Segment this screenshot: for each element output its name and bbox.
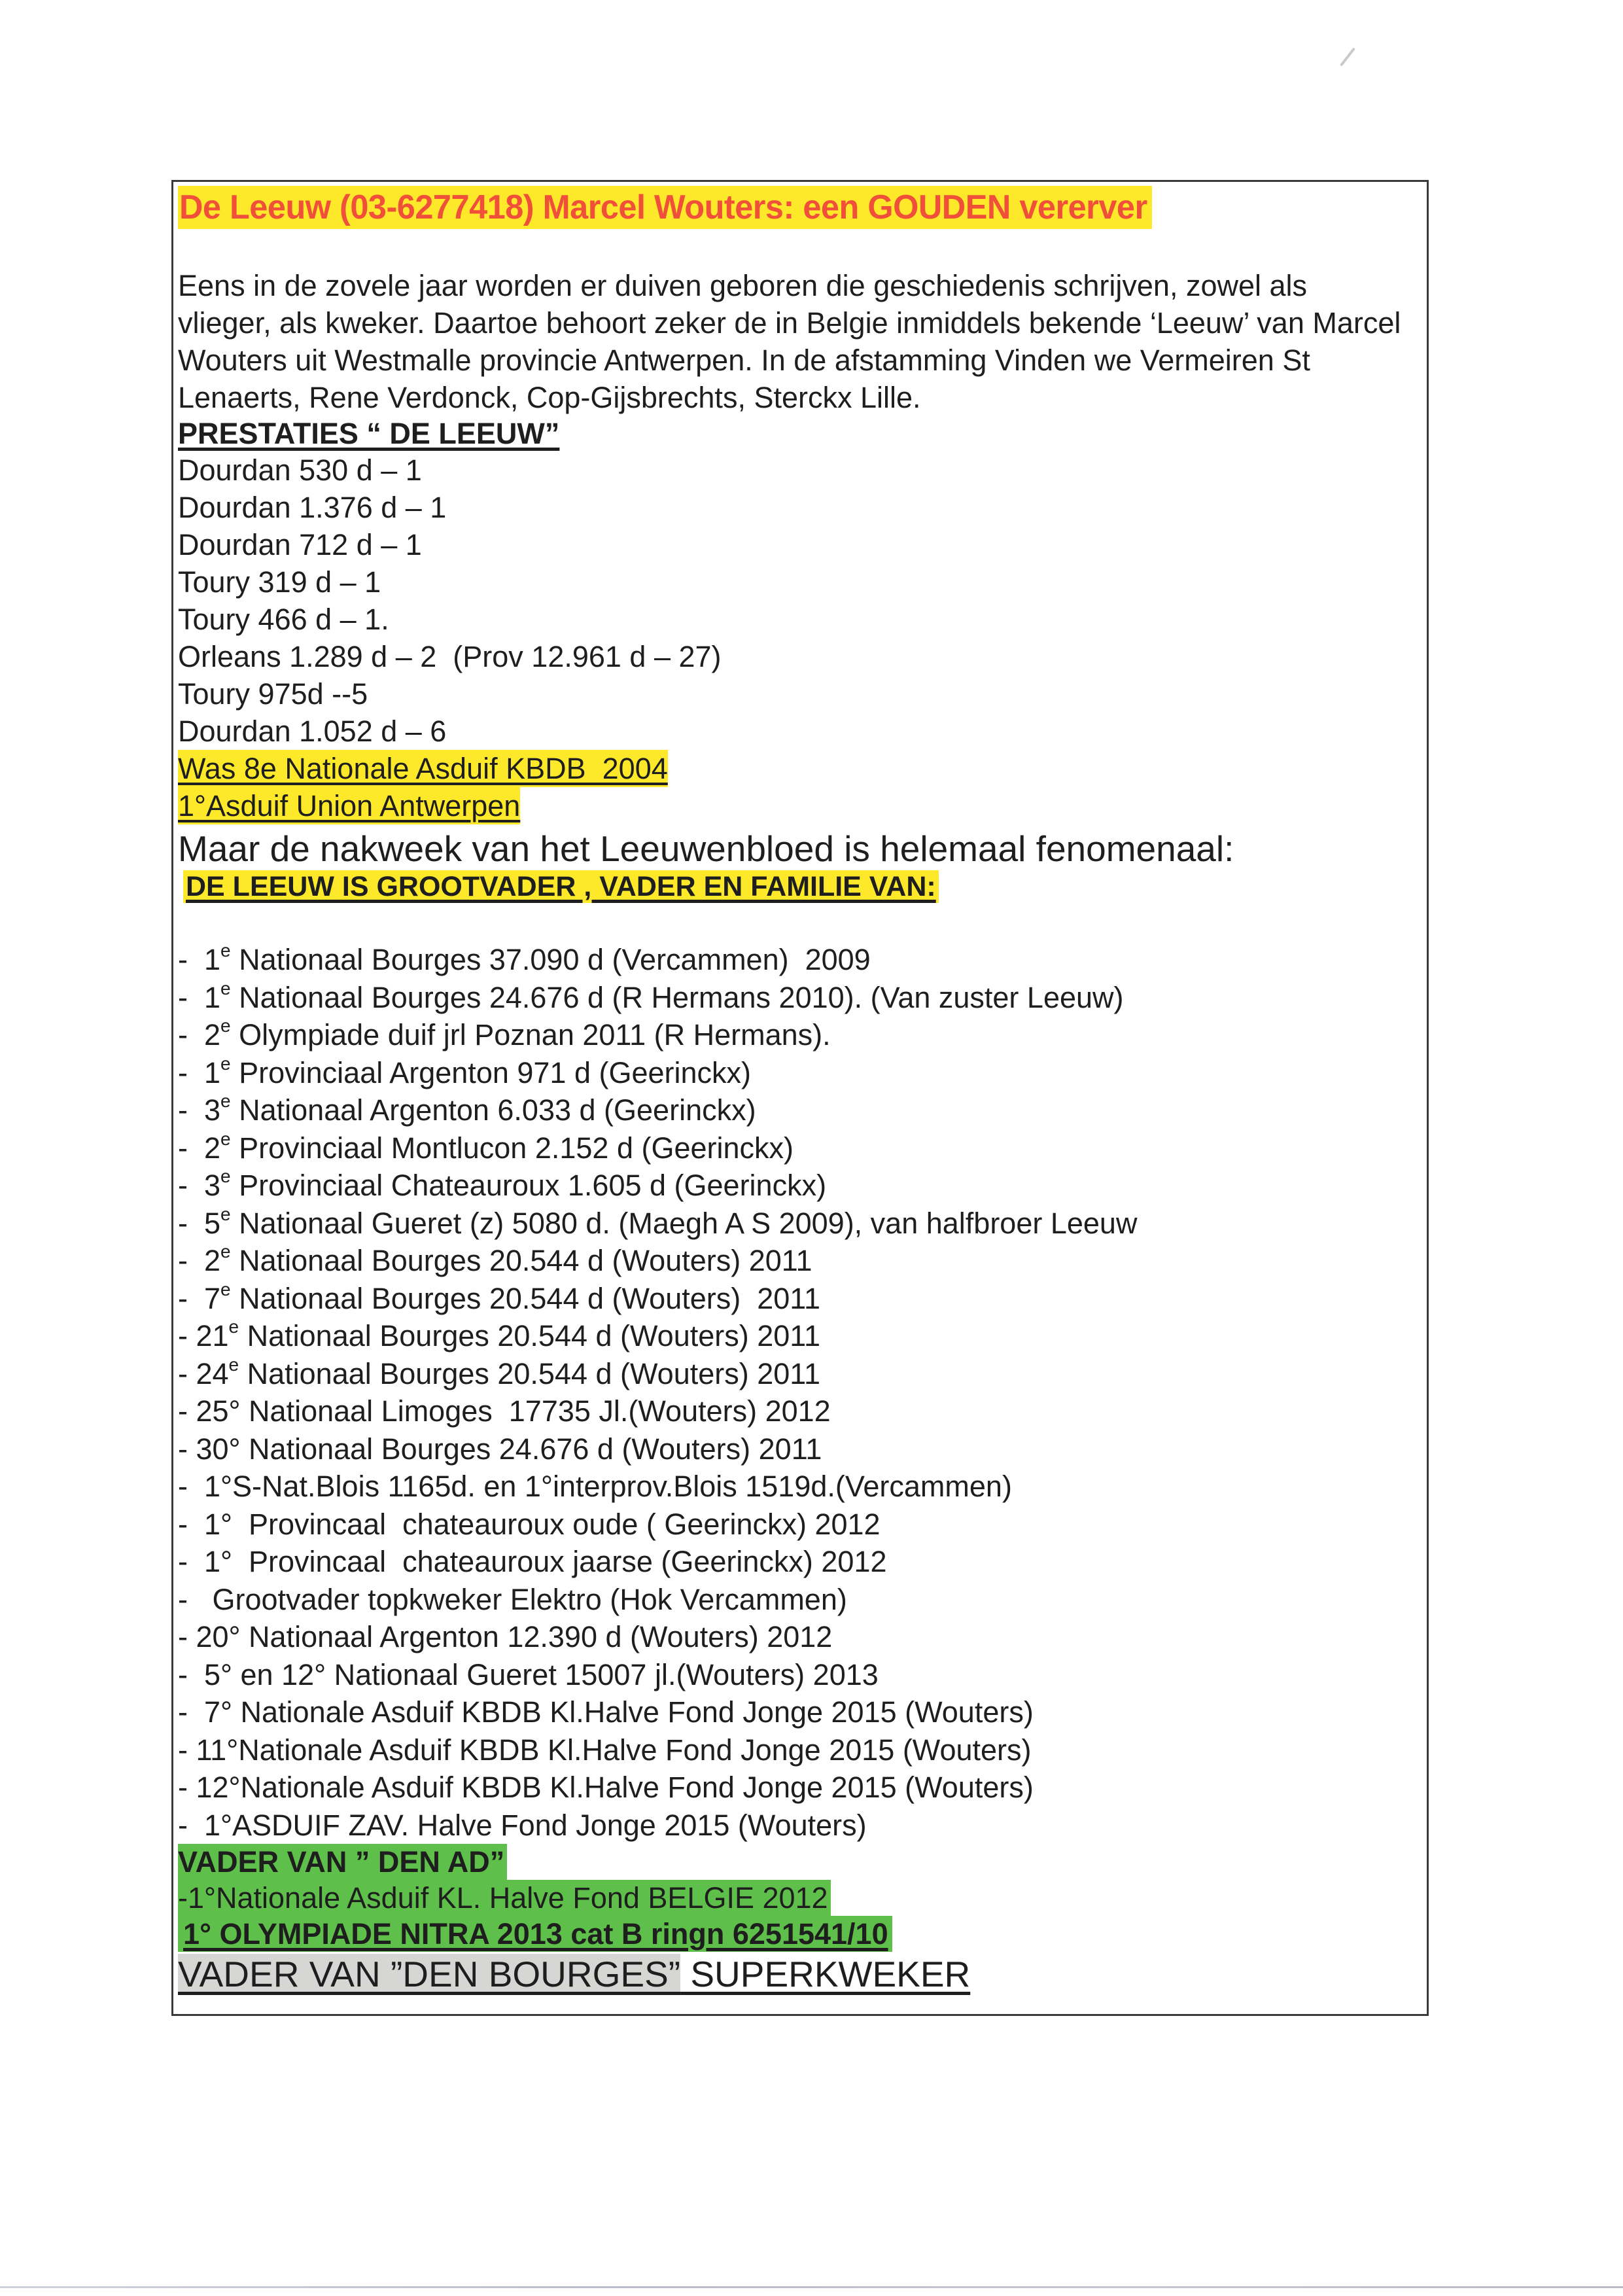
- ordinal-suffix: e: [220, 1053, 231, 1074]
- family-heading: DE LEEUW IS GROOTVADER , VADER EN FAMILI…: [183, 870, 939, 903]
- den-bourges-line: VADER VAN ”DEN BOURGES” SUPERKWEKER: [178, 1953, 970, 1995]
- achievement-item: - 11°Nationale Asduif KBDB Kl.Halve Fond…: [178, 1731, 1421, 1769]
- achievement-prefix: - 11°Nationale Asduif KBDB Kl.Halve Fond…: [178, 1733, 1032, 1767]
- achievement-text: Nationaal Bourges 20.544 d (Wouters) 201…: [239, 1357, 820, 1390]
- achievement-text: Olympiade duif jrl Poznan 2011 (R Herman…: [231, 1018, 831, 1051]
- achievement-item: - Grootvader topkweker Elektro (Hok Verc…: [178, 1581, 1421, 1619]
- superkweker-text: SUPERKWEKER: [680, 1954, 970, 1994]
- achievement-item: - 1e Provinciaal Argenton 971 d (Geerinc…: [178, 1054, 1421, 1092]
- achievement-item: - 24e Nationaal Bourges 20.544 d (Wouter…: [178, 1355, 1421, 1393]
- achievement-text: Provinciaal Chateauroux 1.605 d (Geerinc…: [231, 1169, 826, 1202]
- achievement-prefix: - 1: [178, 1056, 220, 1089]
- prestatie-item: Toury 975d --5: [178, 675, 1421, 713]
- prestatie-item: Dourdan 530 d – 1: [178, 451, 1421, 489]
- ordinal-suffix: e: [229, 1316, 239, 1337]
- achievement-item: - 1e Nationaal Bourges 37.090 d (Vercamm…: [178, 941, 1421, 979]
- achievement-prefix: - 1: [178, 943, 220, 976]
- achievement-prefix: - 24: [178, 1357, 229, 1390]
- achievement-text: Nationaal Argenton 6.033 d (Geerinckx): [231, 1093, 756, 1127]
- document-content: De Leeuw (03-6277418) Marcel Wouters: ee…: [178, 186, 1421, 1995]
- achievement-text: Nationaal Gueret (z) 5080 d. (Maegh A S …: [231, 1207, 1138, 1240]
- achievement-prefix: - 2: [178, 1018, 220, 1051]
- achievement-prefix: - 1: [178, 981, 220, 1014]
- prestatie-item: Toury 319 d – 1: [178, 563, 1421, 601]
- achievement-prefix: - 1° Provincaal chateauroux jaarse (Geer…: [178, 1545, 887, 1578]
- achievement-prefix: - 25° Nationaal Limoges 17735 Jl.(Wouter…: [178, 1394, 831, 1428]
- ordinal-suffix: e: [220, 1016, 231, 1036]
- achievement-prefix: - 2: [178, 1131, 220, 1165]
- achievement-item: - 30° Nationaal Bourges 24.676 d (Wouter…: [178, 1430, 1421, 1468]
- achievement-item: - 2e Nationaal Bourges 20.544 d (Wouters…: [178, 1242, 1421, 1280]
- achievement-item: - 5° en 12° Nationaal Gueret 15007 jl.(W…: [178, 1656, 1421, 1694]
- prestatie-item: Dourdan 1.376 d – 1: [178, 489, 1421, 526]
- achievement-prefix: - 7° Nationale Asduif KBDB Kl.Halve Fond…: [178, 1695, 1034, 1729]
- achievement-text: Provinciaal Montlucon 2.152 d (Geerinckx…: [231, 1131, 794, 1165]
- document-title: De Leeuw (03-6277418) Marcel Wouters: ee…: [178, 186, 1152, 229]
- achievement-prefix: - 3: [178, 1169, 220, 1202]
- ordinal-suffix: e: [220, 978, 231, 998]
- achievement-text: Provinciaal Argenton 971 d (Geerinckx): [231, 1056, 751, 1089]
- achievement-item: - 5e Nationaal Gueret (z) 5080 d. (Maegh…: [178, 1205, 1421, 1243]
- achievement-item: - 1e Nationaal Bourges 24.676 d (R Herma…: [178, 979, 1421, 1017]
- achievement-prefix: - 2: [178, 1244, 220, 1277]
- achievement-item: - 1°ASDUIF ZAV. Halve Fond Jonge 2015 (W…: [178, 1807, 1421, 1845]
- intro-paragraph: Eens in de zovele jaar worden er duiven …: [178, 267, 1408, 416]
- achievement-text: Nationaal Bourges 24.676 d (R Hermans 20…: [231, 981, 1124, 1014]
- den-ad-block: VADER VAN ” DEN AD” -1°Nationale Asduif …: [178, 1844, 1421, 1952]
- achievement-item: - 1° Provincaal chateauroux oude ( Geeri…: [178, 1506, 1421, 1544]
- ordinal-suffix: e: [229, 1354, 239, 1375]
- achievements-list: - 1e Nationaal Bourges 37.090 d (Vercamm…: [178, 941, 1421, 1844]
- prestatie-item: Dourdan 712 d – 1: [178, 526, 1421, 563]
- den-ad-line-2: 1° OLYMPIADE NITRA 2013 cat B ringn 6251…: [178, 1916, 892, 1952]
- prestatie-item: Toury 466 d – 1.: [178, 601, 1421, 638]
- achievement-prefix: - 1°ASDUIF ZAV. Halve Fond Jonge 2015 (W…: [178, 1809, 867, 1842]
- highlight-union-antwerpen: 1°Asduif Union Antwerpen: [178, 787, 520, 824]
- ordinal-suffix: e: [220, 940, 231, 961]
- prestaties-list: Dourdan 530 d – 1Dourdan 1.376 d – 1Dour…: [178, 451, 1421, 750]
- ordinal-suffix: e: [220, 1241, 231, 1262]
- prestaties-heading: PRESTATIES “ DE LEEUW”: [178, 416, 1421, 451]
- achievement-item: - 21e Nationaal Bourges 20.544 d (Wouter…: [178, 1317, 1421, 1355]
- achievement-prefix: - 5: [178, 1207, 220, 1240]
- achievement-item: - 7° Nationale Asduif KBDB Kl.Halve Fond…: [178, 1693, 1421, 1731]
- achievement-prefix: - 12°Nationale Asduif KBDB Kl.Halve Fond…: [178, 1771, 1034, 1804]
- achievement-prefix: - Grootvader topkweker Elektro (Hok Verc…: [178, 1583, 847, 1616]
- achievement-item: - 3e Nationaal Argenton 6.033 d (Geerinc…: [178, 1091, 1421, 1129]
- achievement-item: - 12°Nationale Asduif KBDB Kl.Halve Fond…: [178, 1769, 1421, 1807]
- prestatie-item: Orleans 1.289 d – 2 (Prov 12.961 d – 27): [178, 638, 1421, 675]
- achievement-prefix: - 20° Nationaal Argenton 12.390 d (Woute…: [178, 1620, 832, 1653]
- highlight-nationale-asduif: Was 8e Nationale Asduif KBDB 2004: [178, 750, 668, 787]
- achievement-prefix: - 30° Nationaal Bourges 24.676 d (Wouter…: [178, 1432, 822, 1466]
- scan-pen-mark: [1340, 47, 1355, 66]
- achievement-item: - 20° Nationaal Argenton 12.390 d (Woute…: [178, 1618, 1421, 1656]
- achievement-item: - 2e Provinciaal Montlucon 2.152 d (Geer…: [178, 1129, 1421, 1167]
- achievement-prefix: - 5° en 12° Nationaal Gueret 15007 jl.(W…: [178, 1658, 879, 1691]
- den-ad-heading: VADER VAN ” DEN AD”: [178, 1844, 507, 1880]
- achievement-item: - 1° Provincaal chateauroux jaarse (Geer…: [178, 1543, 1421, 1581]
- ordinal-suffix: e: [220, 1129, 231, 1149]
- achievement-prefix: - 1° Provincaal chateauroux oude ( Geeri…: [178, 1508, 881, 1541]
- ordinal-suffix: e: [220, 1166, 231, 1186]
- achievement-prefix: - 21: [178, 1319, 229, 1352]
- ordinal-suffix: e: [220, 1091, 231, 1111]
- achievement-item: - 25° Nationaal Limoges 17735 Jl.(Wouter…: [178, 1392, 1421, 1430]
- scan-edge-line: [0, 2286, 1623, 2288]
- achievement-text: Nationaal Bourges 20.544 d (Wouters) 201…: [239, 1319, 820, 1352]
- den-bourges-highlight: VADER VAN ”DEN BOURGES”: [178, 1954, 680, 1994]
- achievement-text: Nationaal Bourges 20.544 d (Wouters) 201…: [231, 1244, 812, 1277]
- ordinal-suffix: e: [220, 1279, 231, 1299]
- den-ad-line-1: -1°Nationale Asduif KL. Halve Fond BELGI…: [178, 1880, 831, 1916]
- ordinal-suffix: e: [220, 1204, 231, 1224]
- achievement-prefix: - 1°S-Nat.Blois 1165d. en 1°interprov.Bl…: [178, 1470, 1012, 1503]
- achievement-item: - 1°S-Nat.Blois 1165d. en 1°interprov.Bl…: [178, 1468, 1421, 1506]
- achievement-text: Nationaal Bourges 20.544 d (Wouters) 201…: [231, 1282, 820, 1315]
- achievement-prefix: - 7: [178, 1282, 220, 1315]
- achievement-item: - 7e Nationaal Bourges 20.544 d (Wouters…: [178, 1280, 1421, 1318]
- achievement-item: - 3e Provinciaal Chateauroux 1.605 d (Ge…: [178, 1167, 1421, 1205]
- achievement-text: Nationaal Bourges 37.090 d (Vercammen) 2…: [231, 943, 871, 976]
- achievement-item: - 2e Olympiade duif jrl Poznan 2011 (R H…: [178, 1016, 1421, 1054]
- achievement-prefix: - 3: [178, 1093, 220, 1127]
- prestatie-item: Dourdan 1.052 d – 6: [178, 713, 1421, 750]
- nakweek-line: Maar de nakweek van het Leeuwenbloed is …: [178, 828, 1421, 869]
